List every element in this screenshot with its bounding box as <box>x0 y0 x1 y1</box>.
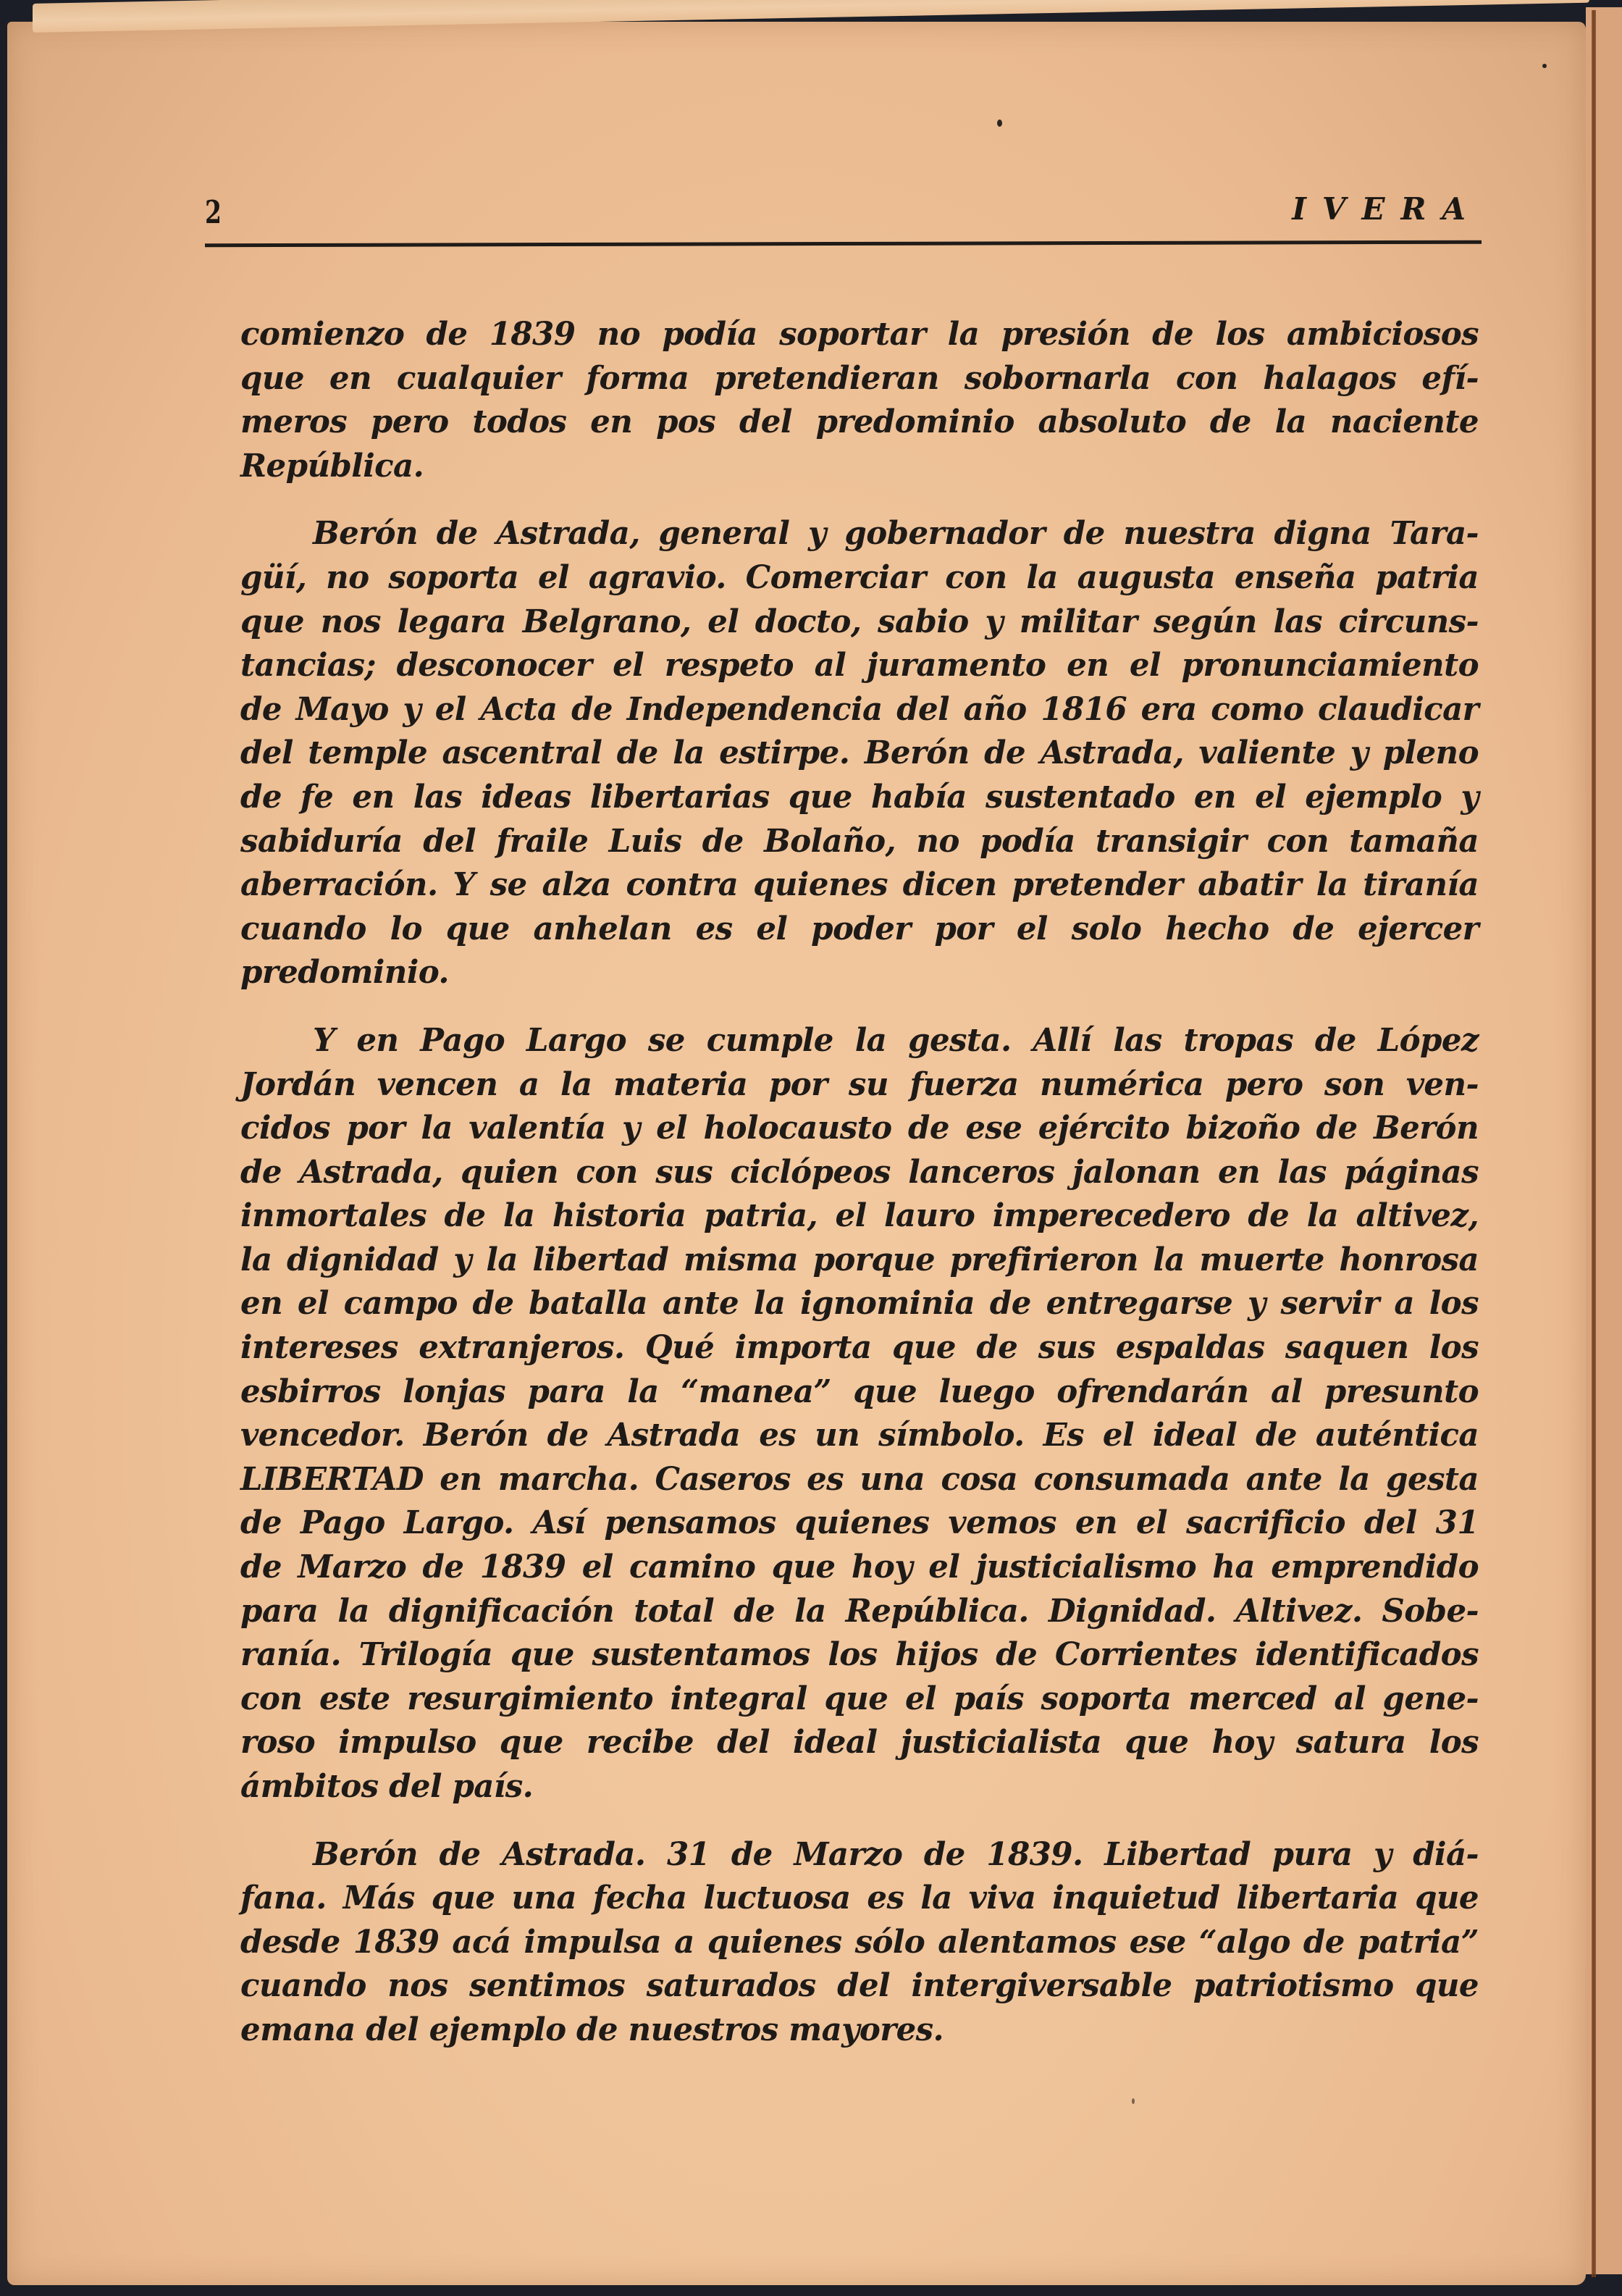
text-line: esbirros lonjas para la “manea” que lueg… <box>240 1370 1479 1415</box>
running-title: IVERA <box>1292 191 1482 227</box>
text-line: Jordán vencen a la materia por su fuerza… <box>240 1063 1479 1107</box>
text-line: de fe en las ideas libertarias que había… <box>240 776 1479 820</box>
text-line: güí, no soporta el agravio. Comerciar co… <box>240 556 1479 600</box>
text-line: desde 1839 acá impulsa a quienes sólo al… <box>240 1921 1479 1965</box>
paper-speck <box>997 120 1002 127</box>
text-line: cuando lo que anhelan es el poder por el… <box>240 908 1479 952</box>
text-line: inmortales de la historia patria, el lau… <box>240 1194 1479 1239</box>
paragraph-2: Berón de Astrada, general y gobernador d… <box>240 512 1479 995</box>
text-line: que nos legara Belgrano, el docto, sabio… <box>240 600 1479 645</box>
page-gutter-line <box>1592 10 1596 2277</box>
paragraph-3: Y en Pago Largo se cumple la gesta. Allí… <box>240 1019 1479 1809</box>
text-line: Berón de Astrada, general y gobernador d… <box>240 512 1479 556</box>
text-line: de Pago Largo. Así pensamos quienes vemo… <box>240 1501 1479 1546</box>
text-line: ranía. Trilogía que sustentamos los hijo… <box>240 1633 1479 1677</box>
text-line: predominio. <box>240 951 1479 995</box>
text-line: de Mayo y el Acta de Independencia del a… <box>240 688 1479 732</box>
text-line: vencedor. Berón de Astrada es un símbolo… <box>240 1414 1479 1458</box>
text-line: tancias; desconocer el respeto al jurame… <box>240 644 1479 688</box>
text-line: que en cualquier forma pretendieran sobo… <box>240 357 1479 401</box>
text-line: República. <box>240 445 1479 489</box>
text-line: para la dignificación total de la Repúbl… <box>240 1590 1479 1634</box>
text-line: la dignidad y la libertad misma porque p… <box>240 1239 1479 1283</box>
text-line: meros pero todos en pos del predominio a… <box>240 401 1479 445</box>
running-header: 2 IVERA <box>205 187 1482 245</box>
text-line: LIBERTAD en marcha. Caseros es una cosa … <box>240 1458 1479 1502</box>
text-line: cuando nos sentimos saturados del interg… <box>240 1964 1479 2008</box>
text-line: del temple ascentral de la estirpe. Beró… <box>240 732 1479 776</box>
text-line: de Marzo de 1839 el camino que hoy el ju… <box>240 1546 1479 1590</box>
text-line: cidos por la valentía y el holocausto de… <box>240 1107 1479 1151</box>
text-line: sabiduría del fraile Luis de Bolaño, no … <box>240 820 1479 864</box>
text-line: emana del ejemplo de nuestros mayores. <box>240 2008 1479 2053</box>
text-line: aberración. Y se alza contra quienes dic… <box>240 863 1479 908</box>
text-line: roso impulso que recibe del ideal justic… <box>240 1721 1479 1765</box>
paragraph-4: Berón de Astrada. 31 de Marzo de 1839. L… <box>240 1833 1479 2053</box>
text-line: ámbitos del país. <box>240 1765 1479 1809</box>
page-number: 2 <box>205 194 222 231</box>
paper-speck <box>1542 64 1547 68</box>
text-line: en el campo de batalla ante la ignominia… <box>240 1282 1479 1326</box>
text-line: fana. Más que una fecha luctuosa es la v… <box>240 1877 1479 1921</box>
paper-speck <box>1132 2098 1135 2104</box>
paragraph-1: comienzo de 1839 no podía soportar la pr… <box>240 313 1479 488</box>
text-line: Y en Pago Largo se cumple la gesta. Allí… <box>240 1019 1479 1063</box>
text-line: Berón de Astrada. 31 de Marzo de 1839. L… <box>240 1833 1479 1877</box>
text-line: comienzo de 1839 no podía soportar la pr… <box>240 313 1479 357</box>
article-body: comienzo de 1839 no podía soportar la pr… <box>240 313 1479 2053</box>
text-line: intereses extranjeros. Qué importa que d… <box>240 1326 1479 1370</box>
text-line: con este resurgimiento integral que el p… <box>240 1677 1479 1722</box>
text-line: de Astrada, quien con sus ciclópeos lanc… <box>240 1151 1479 1195</box>
